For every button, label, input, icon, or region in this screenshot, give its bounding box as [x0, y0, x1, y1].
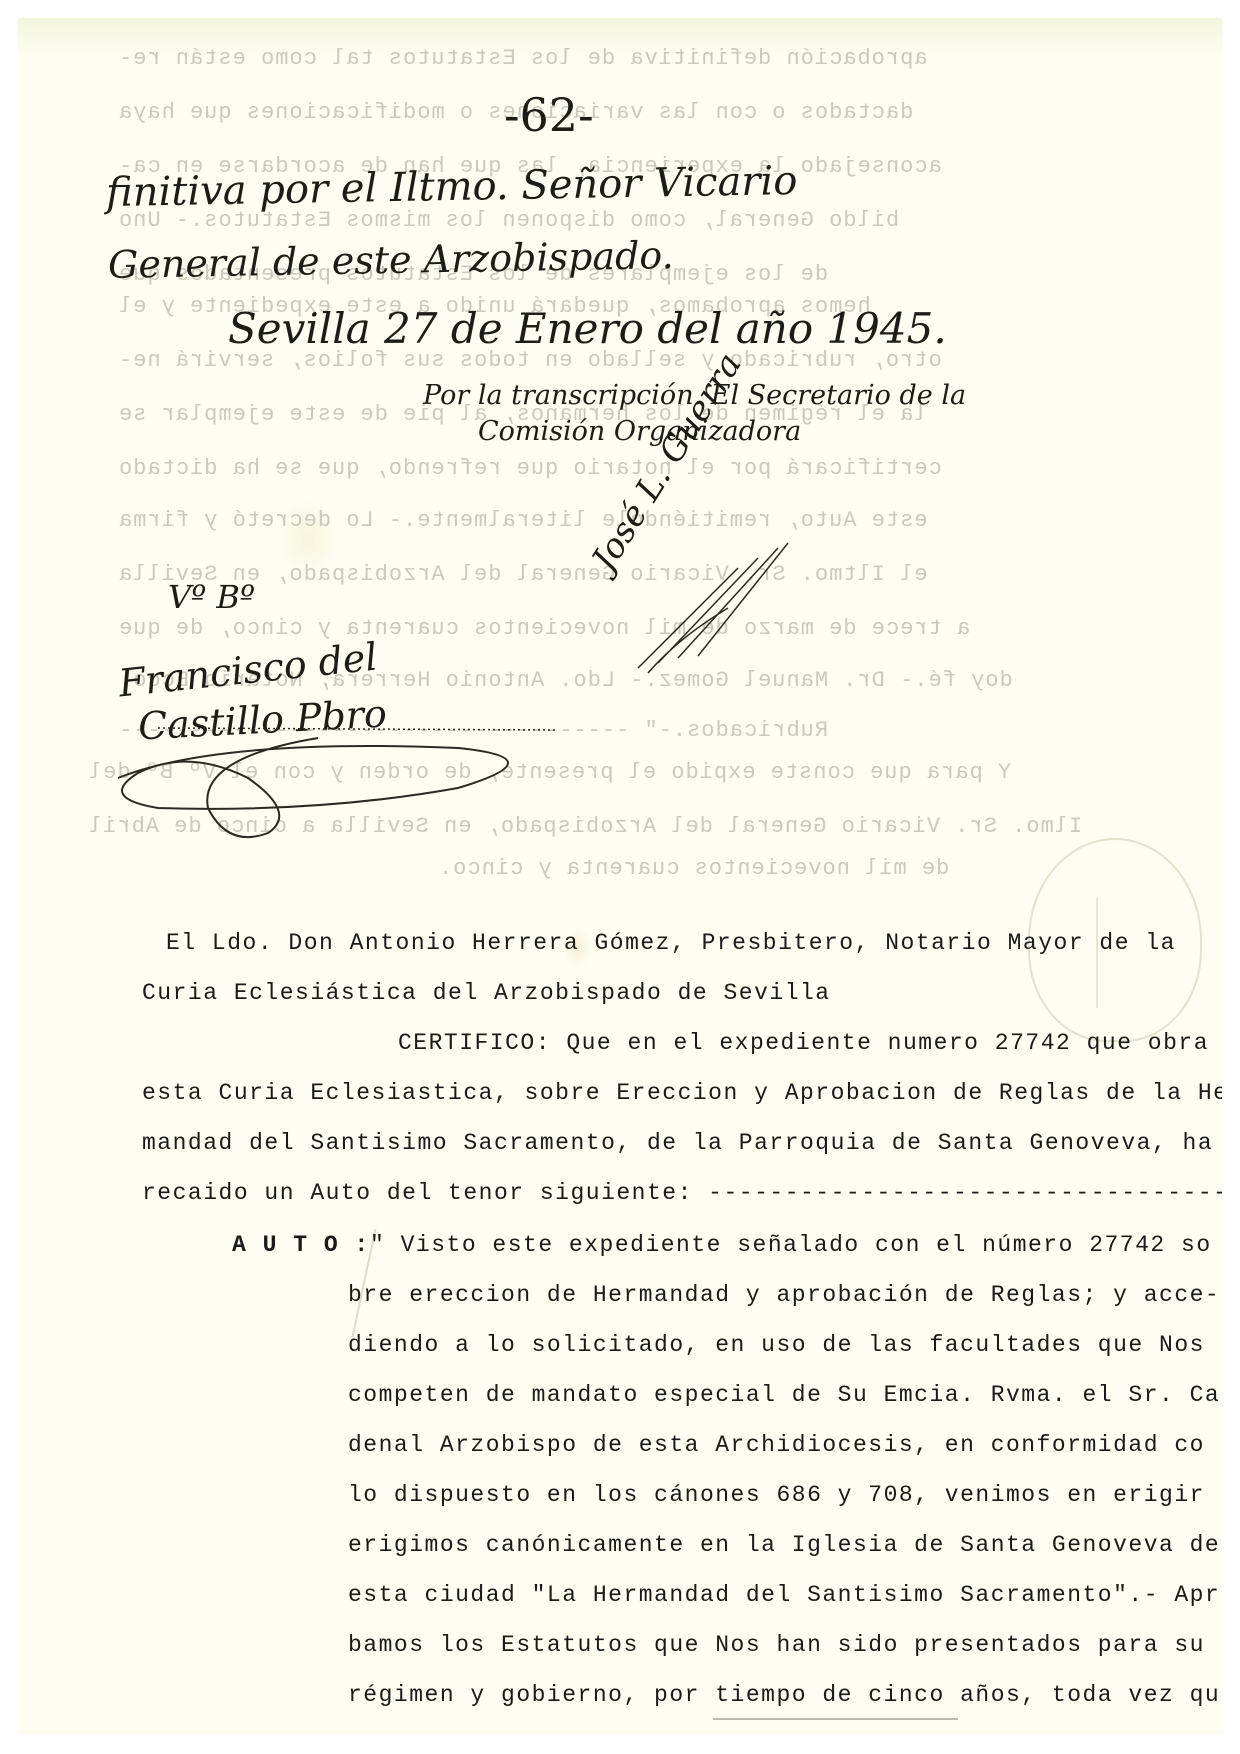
document-page: aprobación definitiva de los Estatutos t… — [18, 18, 1222, 1734]
auto-line-9: bamos los Estatutos que Nos han sido pre… — [348, 1632, 1205, 1658]
certifico-line-2: esta Curia Eclesiastica, sobre Ereccion … — [142, 1080, 1222, 1106]
signature-rubric-icon — [98, 718, 558, 848]
auto-line-10: régimen y gobierno, por tiempo de cinco … — [348, 1682, 1220, 1708]
certificate-intro-line-1: El Ldo. Don Antonio Herrera Gómez, Presb… — [166, 930, 1176, 956]
certifico-line-1: CERTIFICO: Que en el expediente numero 2… — [398, 1030, 1222, 1056]
auto-line-4: competen de mandato especial de Su Emcia… — [348, 1382, 1220, 1408]
handwritten-visto-bueno: Vº Bº — [168, 578, 255, 616]
page-number: -62- — [504, 88, 594, 142]
signature-flourish-icon — [618, 488, 878, 688]
bleed-through-line: certificará por el notario que refrendo,… — [118, 456, 942, 481]
auto-line-6: lo dispuesto en los cánones 686 y 708, v… — [348, 1482, 1205, 1508]
handwritten-date: Sevilla 27 de Enero del año 1945. — [228, 304, 947, 353]
handwritten-commission-name: Comisión Organizadora — [478, 416, 801, 447]
auto-line-2: bre ereccion de Hermandad y aprobación d… — [348, 1282, 1220, 1308]
certificate-intro-line-2: Curia Eclesiástica del Arzobispado de Se… — [142, 980, 831, 1006]
auto-line-1: " Visto este expediente señalado con el … — [370, 1232, 1212, 1258]
auto-line-5: denal Arzobispo de esta Archidiocesis, e… — [348, 1432, 1205, 1458]
certifico-line-4: recaido un Auto del tenor siguiente: ---… — [142, 1180, 1222, 1206]
pencil-underline — [713, 1718, 958, 1720]
auto-line-8: esta ciudad "La Hermandad del Santisimo … — [348, 1582, 1220, 1608]
auto-label: A U T O : — [232, 1232, 370, 1258]
auto-line-7: erigimos canónicamente en la Iglesia de … — [348, 1532, 1220, 1558]
certifico-line-3: mandad del Santisimo Sacramento, de la P… — [142, 1130, 1213, 1156]
bleed-through-line: aprobación definitiva de los Estatutos t… — [118, 46, 928, 71]
auto-line-3: diendo a lo solicitado, en uso de las fa… — [348, 1332, 1205, 1358]
bleed-through-line: de mil novecientos cuarenta y cinco. — [438, 856, 949, 881]
